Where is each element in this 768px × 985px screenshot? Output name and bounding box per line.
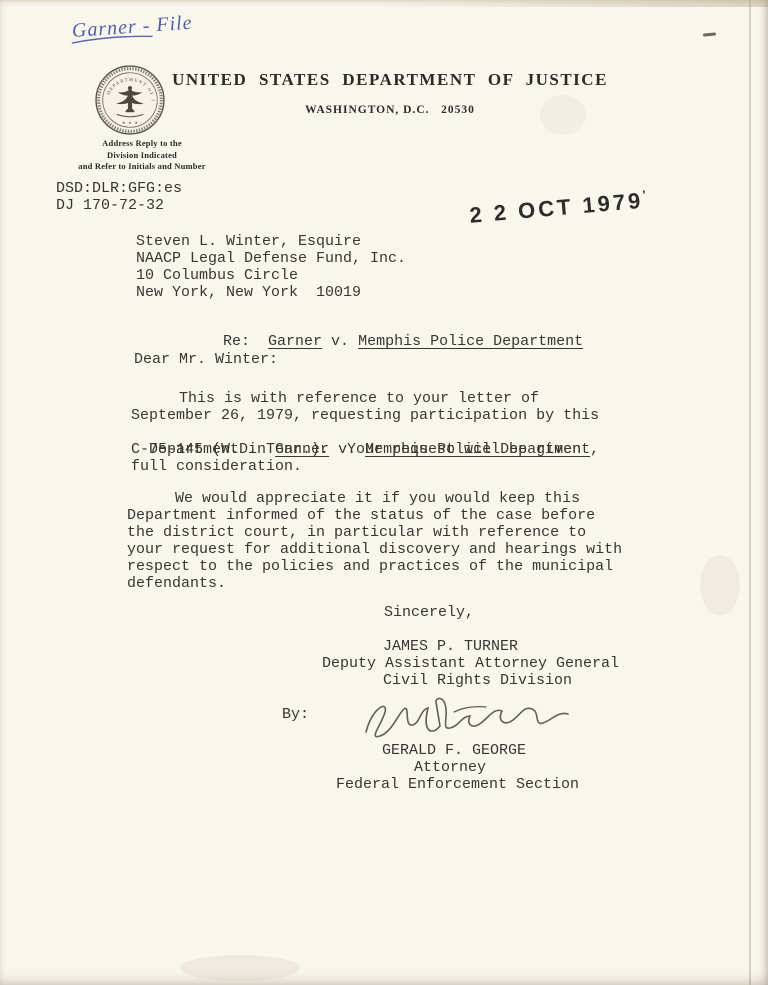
- body-line: full consideration.: [131, 458, 302, 475]
- body-line: respect to the policies and practices of…: [127, 558, 613, 575]
- body-text-segment: ,: [590, 441, 599, 458]
- body-line: We would appreciate it if you would keep…: [175, 490, 580, 507]
- letterhead-agency-name: UNITED STATES DEPARTMENT OF JUSTICE: [130, 70, 650, 90]
- body-line: C-75-145 (W.D. Tenn.). Your request will…: [131, 441, 581, 458]
- date-stamp-tick: ': [642, 187, 646, 201]
- body-line: defendants.: [127, 575, 226, 592]
- handwritten-note-text: Garner - File: [71, 12, 193, 42]
- signer-title: Deputy Assistant Attorney General: [322, 655, 619, 672]
- paper-smudge: [700, 555, 740, 615]
- body-line: September 26, 1979, requesting participa…: [131, 407, 599, 424]
- letterhead-reply-instructions: Address Reply to the Division Indicated …: [36, 138, 248, 173]
- delegate-name: GERALD F. GEORGE: [382, 742, 526, 759]
- letterhead-address: WASHINGTON, D.C. 20530: [130, 104, 650, 116]
- scanned-letter-page: { "annotations": { "handwritten_note": "…: [0, 0, 768, 985]
- delegate-title: Attorney: [414, 759, 486, 776]
- reference-file-number: DJ 170-72-32: [56, 197, 164, 214]
- by-label: By:: [282, 706, 309, 723]
- pencil-dash-mark: [703, 32, 716, 36]
- signature-gerald-f-george: [358, 694, 588, 748]
- delegate-section: Federal Enforcement Section: [336, 776, 579, 793]
- seal-stars: ★ ★ ★: [122, 120, 137, 126]
- subject-versus: v.: [322, 333, 358, 350]
- subject-line: Re: Garner v. Memphis Police Department: [205, 316, 583, 350]
- date-stamp-text: 2 2 OCT 1979: [469, 188, 645, 228]
- body-line: Department informed of the status of the…: [127, 507, 595, 524]
- reply-instruction-line: and Refer to Initials and Number: [36, 161, 248, 173]
- valediction: Sincerely,: [384, 604, 474, 621]
- reply-instruction-line: Division Indicated: [36, 150, 248, 162]
- recipient-organization: NAACP Legal Defense Fund, Inc.: [136, 250, 406, 267]
- handwritten-note: Garner - File: [64, 4, 254, 52]
- reply-instruction-line: Address Reply to the: [36, 138, 248, 150]
- signer-name: JAMES P. TURNER: [383, 638, 518, 655]
- subject-label: Re:: [223, 333, 268, 350]
- scan-edge-top: [380, 0, 768, 7]
- case-defendant: Memphis Police Department: [358, 333, 583, 350]
- reference-initials: DSD:DLR:GFG:es: [56, 180, 182, 197]
- salutation: Dear Mr. Winter:: [134, 351, 278, 368]
- date-stamp: 2 2 OCT 1979': [448, 162, 647, 231]
- body-line: the district court, in particular with r…: [127, 524, 586, 541]
- recipient-city: New York, New York 10019: [136, 284, 361, 301]
- paper-smudge: [180, 955, 300, 981]
- recipient-street: 10 Columbus Circle: [136, 267, 298, 284]
- scan-edge-right-line: [749, 0, 751, 985]
- recipient-name: Steven L. Winter, Esquire: [136, 233, 361, 250]
- body-line: your request for additional discovery an…: [127, 541, 622, 558]
- case-plaintiff: Garner: [268, 333, 322, 350]
- body-line: This is with reference to your letter of: [179, 390, 539, 407]
- signer-division: Civil Rights Division: [383, 672, 572, 689]
